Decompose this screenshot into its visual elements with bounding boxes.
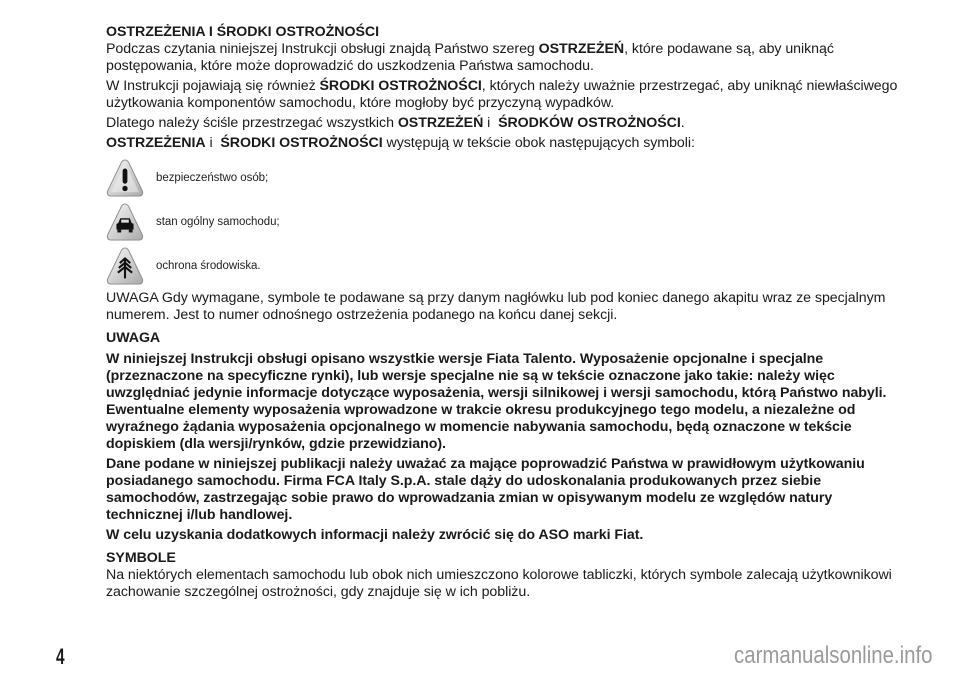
bold-term: OSTRZEŻEŃ <box>398 115 483 131</box>
text: Podczas czytania niniejszej Instrukcji o… <box>106 41 539 57</box>
symbol-label: stan ogólny samochodu; <box>156 214 280 231</box>
bold-term: OSTRZEŻEŃ <box>539 41 624 57</box>
symbol-label: bezpieczeństwo osób; <box>156 170 268 187</box>
symbol-label: ochrona środowiska. <box>156 258 261 275</box>
note-symbols-paragraph: UWAGA Gdy wymagane, symbole te podawane … <box>106 290 906 324</box>
warning-exclamation-icon <box>106 158 144 198</box>
text: i <box>206 135 221 151</box>
page-number: 4 <box>56 644 65 670</box>
symbol-list: bezpieczeństwo osób; stan ogólny samocho… <box>106 156 906 288</box>
car-warning-icon <box>106 202 144 242</box>
bold-term: ŚRODKI OSTROŻNOŚCI <box>320 78 482 94</box>
note-paragraph: W niniejszej Instrukcji obsługi opisano … <box>106 351 906 453</box>
observe-paragraph: Dlatego należy ściśle przestrzegać wszys… <box>106 115 906 132</box>
symbol-item: ochrona środowiska. <box>106 244 906 288</box>
precautions-paragraph: W Instrukcji pojawiają się również ŚRODK… <box>106 78 906 112</box>
bold-term: OSTRZEŻENIA <box>106 135 206 151</box>
symbol-item: stan ogólny samochodu; <box>106 200 906 244</box>
text: W Instrukcji pojawiają się również <box>106 78 320 94</box>
note-paragraph: W celu uzyskania dodatkowych informacji … <box>106 527 906 544</box>
symbole-paragraph: Na niektórych elementach samochodu lub o… <box>106 567 906 601</box>
text: Dlatego należy ściśle przestrzegać wszys… <box>106 115 398 131</box>
page-content: OSTRZEŻENIA I ŚRODKI OSTROŻNOŚCI Podczas… <box>106 24 906 604</box>
symbol-item: bezpieczeństwo osób; <box>106 156 906 200</box>
text: i <box>483 115 498 131</box>
text: . <box>681 115 685 131</box>
symbols-intro-paragraph: OSTRZEŻENIA i ŚRODKI OSTROŻNOŚCI występu… <box>106 135 906 152</box>
bold-term: ŚRODKI OSTROŻNOŚCI <box>220 135 382 151</box>
section-heading: OSTRZEŻENIA I ŚRODKI OSTROŻNOŚCI <box>106 24 906 41</box>
note-paragraph: Dane podane w niniejszej publikacji nale… <box>106 456 906 524</box>
watermark: carmanualsonline.info <box>734 642 932 670</box>
note-block: W niniejszej Instrukcji obsługi opisano … <box>106 351 906 544</box>
note-heading: UWAGA <box>106 330 906 347</box>
text: występują w tekście obok następujących s… <box>383 135 695 151</box>
symbole-heading: SYMBOLE <box>106 550 906 567</box>
bold-term: ŚRODKÓW OSTROŻNOŚCI <box>498 115 681 131</box>
intro-paragraph: Podczas czytania niniejszej Instrukcji o… <box>106 41 906 75</box>
tree-environment-icon <box>106 246 144 286</box>
